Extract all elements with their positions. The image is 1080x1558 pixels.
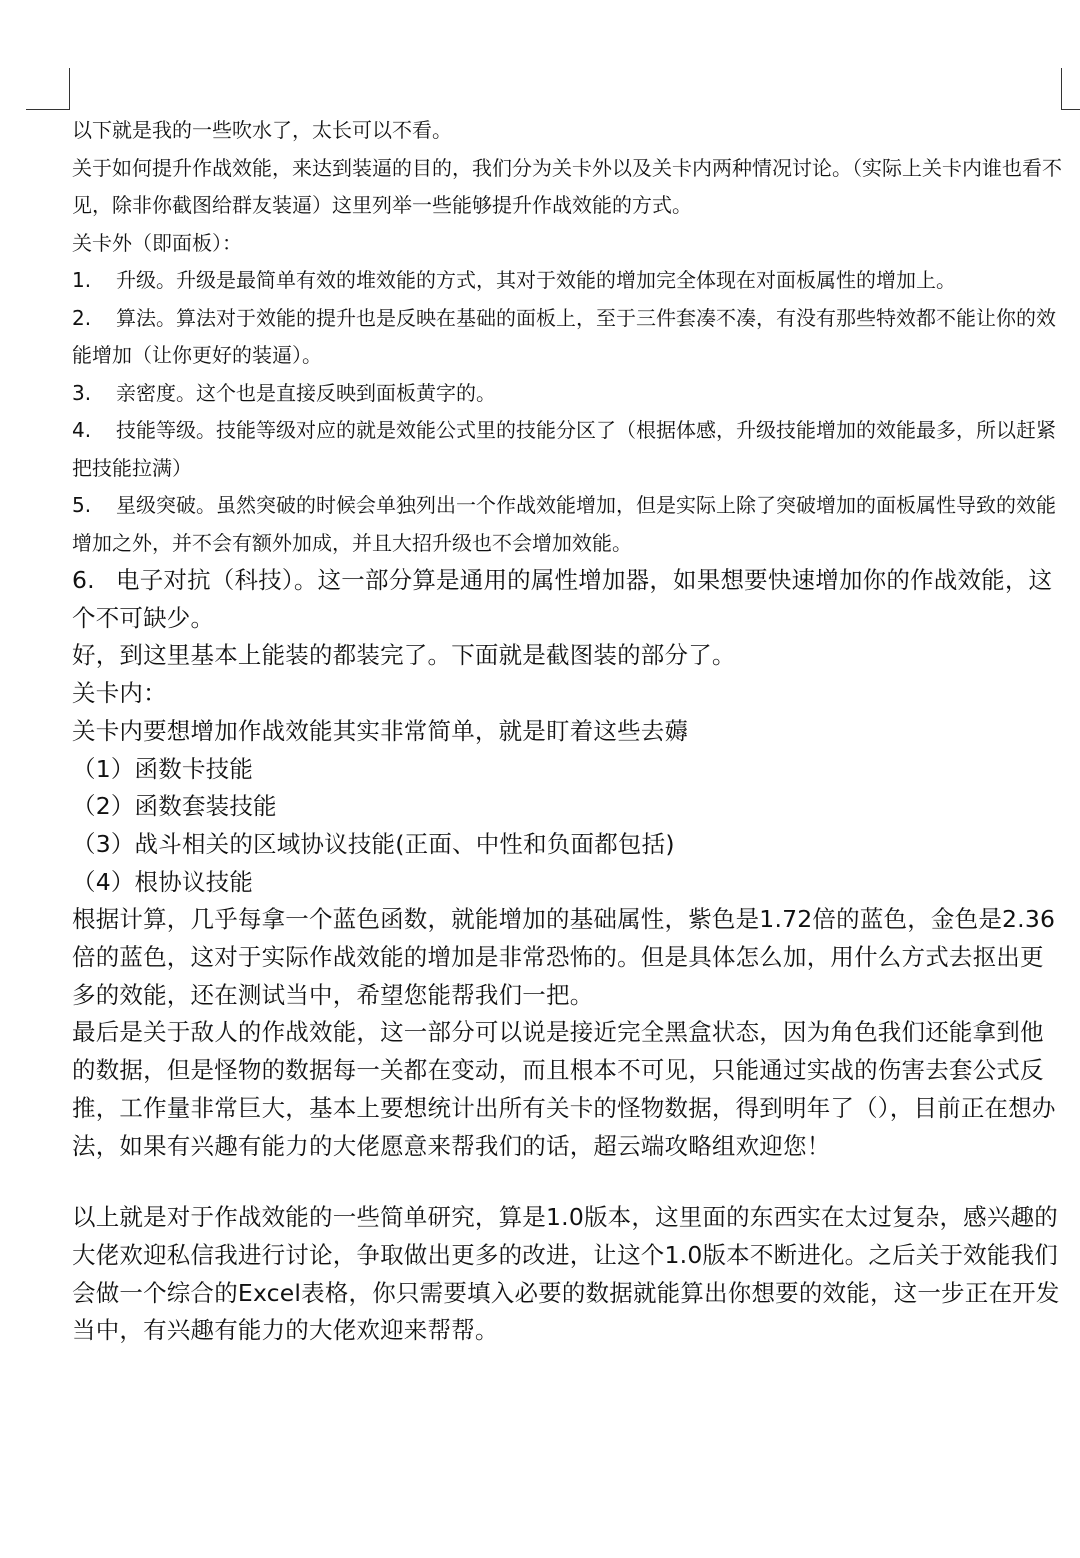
list-number: 5. [72,487,116,525]
intro-paragraph: 以下就是我的一些吹水了，太长可以不看。 [72,112,1062,150]
outside-heading: 关卡外（即面板）： [72,225,1062,263]
outside-list-item-2: 2.算法。算法对于效能的提升也是反映在基础的面板上，至于三件套凑不凑，有没有那些… [72,300,1062,375]
closing-paragraph: 以上就是对于作战效能的一些简单研究，算是1.0版本，这里面的东西实在太过复杂，感… [72,1199,1062,1350]
inside-intro-paragraph: 关卡内要想增加作战效能其实非常简单，就是盯着这些去薅 [72,713,1062,751]
list-item-text: 电子对抗（科技）。这一部分算是通用的属性增加器，如果想要快速增加你的作战效能，这… [72,566,1052,632]
list-item-text: 亲密度。这个也是直接反映到面板黄字的。 [116,381,496,405]
document-page: 以下就是我的一些吹水了，太长可以不看。 关于如何提升作战效能，来达到装逼的目的，… [72,112,1062,1350]
outside-list-item-4: 4.技能等级。技能等级对应的就是效能公式里的技能分区了（根据体感，升级技能增加的… [72,412,1062,487]
list-number: 6. [72,562,116,600]
margin-corner-mark-left [26,68,70,110]
inside-list-item-2: （2）函数套装技能 [72,788,1062,826]
list-item-text: 升级。升级是最简单有效的堆效能的方式，其对于效能的增加完全体现在对面板属性的增加… [116,268,956,292]
blank-line [72,1165,1062,1199]
inside-list-item-4: （4）根协议技能 [72,864,1062,902]
outside-list-item-5: 5.星级突破。虽然突破的时候会单独列出一个作战效能增加，但是实际上除了突破增加的… [72,487,1062,562]
transition-paragraph: 好，到这里基本上能装的都装完了。下面就是截图装的部分了。 [72,637,1062,675]
list-number: 2. [72,300,116,338]
enemy-paragraph: 最后是关于敌人的作战效能，这一部分可以说是接近完全黑盒状态，因为角色我们还能拿到… [72,1014,1062,1165]
outside-list-item-3: 3.亲密度。这个也是直接反映到面板黄字的。 [72,375,1062,413]
inside-heading: 关卡内： [72,675,1062,713]
calc-paragraph: 根据计算，几乎每拿一个蓝色函数，就能增加的基础属性，紫色是1.72倍的蓝色，金色… [72,901,1062,1014]
margin-corner-mark-right [1061,68,1080,110]
purpose-paragraph: 关于如何提升作战效能，来达到装逼的目的，我们分为关卡外以及关卡内两种情况讨论。（… [72,150,1062,225]
inside-list-item-3: （3）战斗相关的区域协议技能(正面、中性和负面都包括) [72,826,1062,864]
inside-list-item-1: （1）函数卡技能 [72,751,1062,789]
list-number: 1. [72,262,116,300]
list-number: 4. [72,412,116,450]
list-item-text: 技能等级。技能等级对应的就是效能公式里的技能分区了（根据体感，升级技能增加的效能… [72,418,1056,480]
list-item-text: 算法。算法对于效能的提升也是反映在基础的面板上，至于三件套凑不凑，有没有那些特效… [72,306,1056,368]
outside-list-item-6: 6.电子对抗（科技）。这一部分算是通用的属性增加器，如果想要快速增加你的作战效能… [72,562,1062,637]
list-number: 3. [72,375,116,413]
list-item-text: 星级突破。虽然突破的时候会单独列出一个作战效能增加，但是实际上除了突破增加的面板… [72,493,1056,555]
outside-list-item-1: 1.升级。升级是最简单有效的堆效能的方式，其对于效能的增加完全体现在对面板属性的… [72,262,1062,300]
